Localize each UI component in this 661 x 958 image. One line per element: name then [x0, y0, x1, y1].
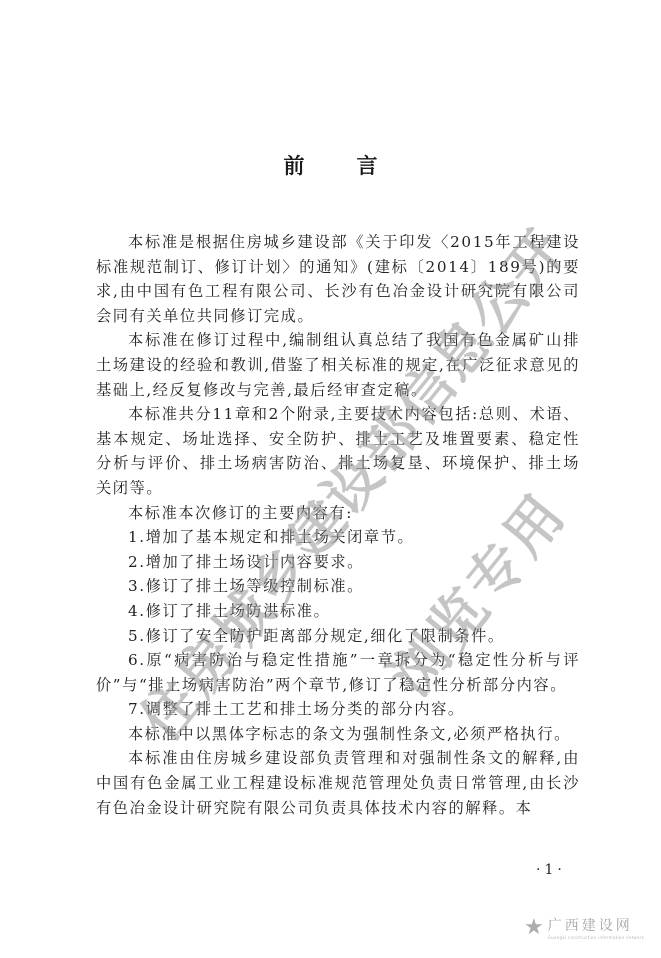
- list-item: 3.修订了排土场等级控制标准。: [96, 574, 580, 599]
- title-char-2: 言: [357, 154, 378, 178]
- logo-name: 广西建设网: [548, 915, 645, 935]
- body-text: 本标准是根据住房城乡建设部《关于印发〈2015年工程建设标准规范制订、修订计划〉…: [96, 230, 580, 820]
- list-item: 2.增加了排土场设计内容要求。: [96, 550, 580, 575]
- star-icon: ★: [524, 915, 544, 940]
- paragraph: 本标准由住房城乡建设部负责管理和对强制性条文的解释,由中国有色金属工业工程建设标…: [96, 746, 580, 820]
- list-item: 7.调整了排土工艺和排土场分类的部分内容。: [96, 697, 580, 722]
- paragraph: 本标准共分11章和2个附录,主要技术内容包括:总则、术语、基本规定、场址选择、安…: [96, 402, 580, 500]
- page-number: ·1·: [536, 862, 566, 878]
- list-intro: 本标准本次修订的主要内容有:: [96, 501, 580, 526]
- site-logo: ★ 广西建设网 Guangxi construction information…: [524, 915, 644, 940]
- page-title: 前言: [0, 150, 661, 180]
- list-item: 4.修订了排土场防洪标准。: [96, 599, 580, 624]
- list-item: 6.原“病害防治与稳定性措施”一章拆分为“稳定性分析与评价”与“排土场病害防治”…: [96, 648, 580, 697]
- title-char-1: 前: [284, 154, 305, 178]
- list-item: 1.增加了基本规定和排土场关闭章节。: [96, 525, 580, 550]
- logo-subtitle: Guangxi construction information network: [548, 935, 645, 940]
- list-item: 5.修订了安全防护距离部分规定,细化了限制条件。: [96, 624, 580, 649]
- paragraph: 本标准在修订过程中,编制组认真总结了我国有色金属矿山排土场建设的经验和教训,借鉴…: [96, 328, 580, 402]
- paragraph: 本标准中以黑体字标志的条文为强制性条文,必须严格执行。: [96, 722, 580, 747]
- paragraph: 本标准是根据住房城乡建设部《关于印发〈2015年工程建设标准规范制订、修订计划〉…: [96, 230, 580, 328]
- document-page: 前言 本标准是根据住房城乡建设部《关于印发〈2015年工程建设标准规范制订、修订…: [0, 0, 661, 958]
